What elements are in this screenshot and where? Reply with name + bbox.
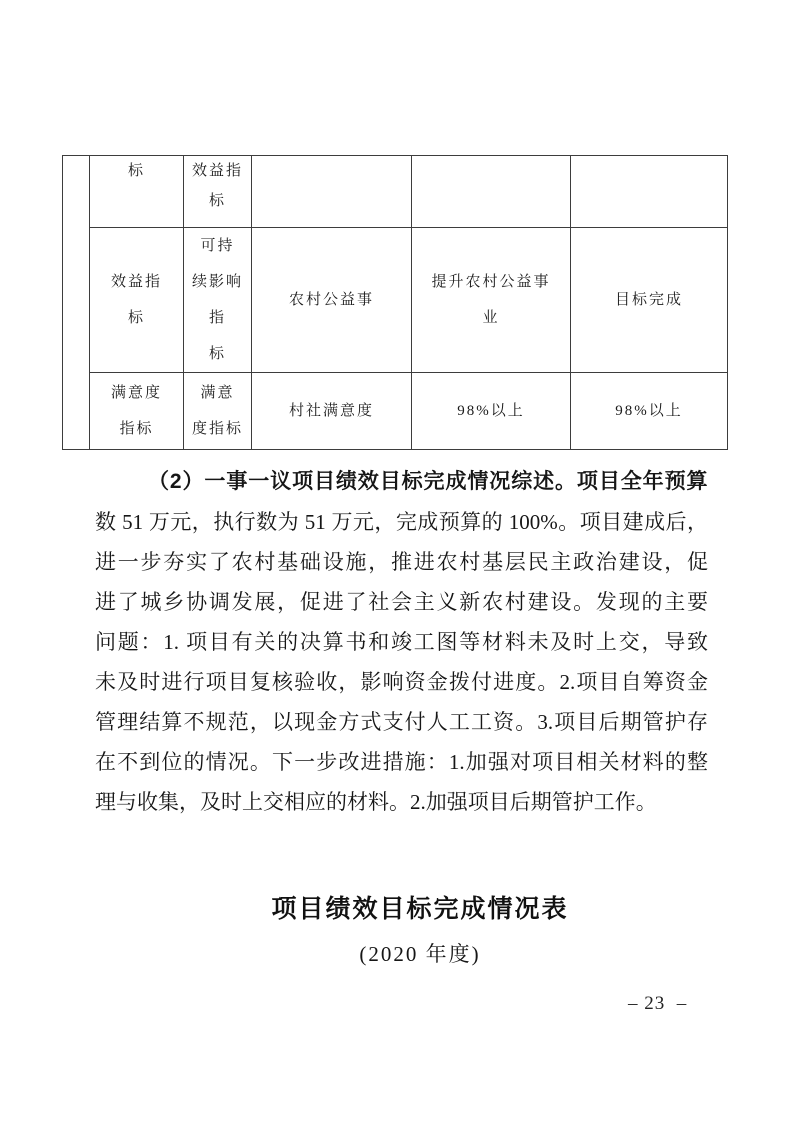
next-table-title: 项目绩效目标完成情况表 (95, 891, 745, 927)
page-number: – 23 – (628, 993, 687, 1015)
table-cell-left-strip (63, 156, 90, 450)
table-cell: 满意度 指标 (90, 373, 184, 450)
paragraph-line: 在不到位的情况。下一步改进措施：1.加强对项目相关材料的整 (95, 742, 708, 782)
table-cell: 98%以上 (412, 373, 571, 450)
paragraph-line: 问题：1. 项目有关的决算书和竣工图等材料未及时上交，导致 (95, 622, 708, 662)
paragraph-line: 理与收集，及时上交相应的材料。2.加强项目后期管护工作。 (95, 782, 708, 822)
paragraph-line: 管理结算不规范，以现金方式支付人工工资。3.项目后期管护存 (95, 702, 708, 742)
performance-indicator-table: 标 效益指标 效益指 标 可持 续影响指 标 农村公益事 提升农村公益事 业 目… (62, 155, 728, 450)
paragraph-line: （2）一事一议项目绩效目标完成情况综述。项目全年预算 (95, 462, 708, 502)
table-cell: 村社满意度 (252, 373, 412, 450)
paragraph-line: 未及时进行项目复核验收，影响资金拨付进度。2.项目自筹资金 (95, 662, 708, 702)
summary-paragraph: （2）一事一议项目绩效目标完成情况综述。项目全年预算 数 51 万元，执行数为 … (95, 462, 708, 822)
table-cell: 农村公益事 (252, 228, 412, 373)
paragraph-line: 进了城乡协调发展，促进了社会主义新农村建设。发现的主要 (95, 582, 708, 622)
table-cell: 可持 续影响指 标 (184, 228, 252, 373)
next-table-heading: 项目绩效目标完成情况表 (2020 年度) (95, 891, 745, 971)
table-row: 满意度 指标 满意 度指标 村社满意度 98%以上 98%以上 (63, 373, 728, 450)
table-cell (412, 156, 571, 228)
document-page: 标 效益指标 效益指 标 可持 续影响指 标 农村公益事 提升农村公益事 业 目… (0, 0, 793, 1122)
table-cell: 效益指标 (184, 156, 252, 228)
table-cell: 满意 度指标 (184, 373, 252, 450)
next-table-subtitle: (2020 年度) (95, 937, 745, 971)
table-row: 效益指 标 可持 续影响指 标 农村公益事 提升农村公益事 业 目标完成 (63, 228, 728, 373)
paragraph-line: 数 51 万元，执行数为 51 万元，完成预算的 100%。项目建成后， (95, 502, 708, 542)
table-row: 标 效益指标 (63, 156, 728, 228)
table-cell: 标 (90, 156, 184, 228)
table-cell: 98%以上 (571, 373, 728, 450)
table-cell: 提升农村公益事 业 (412, 228, 571, 373)
table-cell (252, 156, 412, 228)
table-cell (571, 156, 728, 228)
table-cell: 目标完成 (571, 228, 728, 373)
paragraph-line: 进一步夯实了农村基础设施，推进农村基层民主政治建设，促 (95, 542, 708, 582)
table-cell: 效益指 标 (90, 228, 184, 373)
